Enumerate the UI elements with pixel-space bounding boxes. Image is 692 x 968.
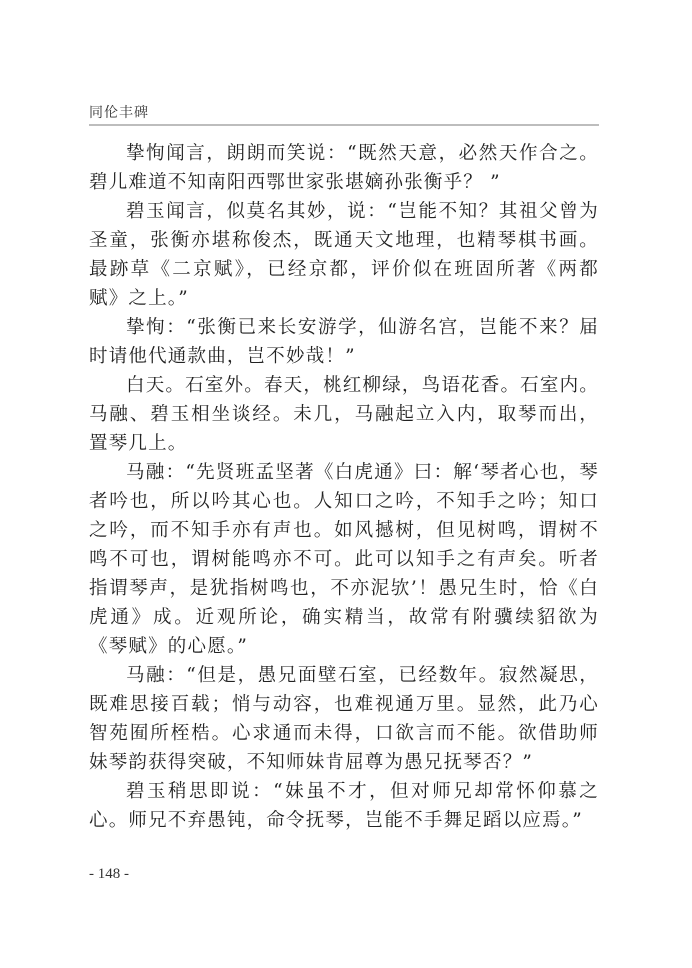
running-head: 同伦丰碑 — [89, 102, 149, 122]
paragraph: 白天。石室外。春天，桃红柳绿，鸟语花香。石室内。马融、碧玉相坐谈经。未几，马融起… — [89, 371, 599, 458]
paragraph: 挚恂闻言，朗朗而笑说：“既然天意，必然天作合之。碧儿难道不知南阳西鄂世家张堪嫡孙… — [89, 139, 599, 197]
header-rule — [89, 124, 599, 126]
body-text: 挚恂闻言，朗朗而笑说：“既然天意，必然天作合之。碧儿难道不知南阳西鄂世家张堪嫡孙… — [89, 139, 599, 835]
page-number: - 148 - — [89, 866, 129, 883]
paragraph: 挚恂：“张衡已来长安游学，仙游名宫，岂能不来？届时请他代通款曲，岂不妙哉！” — [89, 313, 599, 371]
paragraph: 马融：“但是，愚兄面壁石室，已经数年。寂然凝思，既难思接百载；悄与动容，也难视通… — [89, 661, 599, 777]
paragraph: 碧玉稍思即说：“妹虽不才，但对师兄却常怀仰慕之心。师兄不弃愚钝，命令抚琴，岂能不… — [89, 777, 599, 835]
paragraph: 马融：“先贤班孟坚著《白虎通》曰：解‘琴者心也，琴者吟也，所以吟其心也。人知口之… — [89, 458, 599, 661]
paragraph: 碧玉闻言，似莫名其妙，说：“岂能不知？其祖父曾为圣童，张衡亦堪称俊杰，既通天文地… — [89, 197, 599, 313]
